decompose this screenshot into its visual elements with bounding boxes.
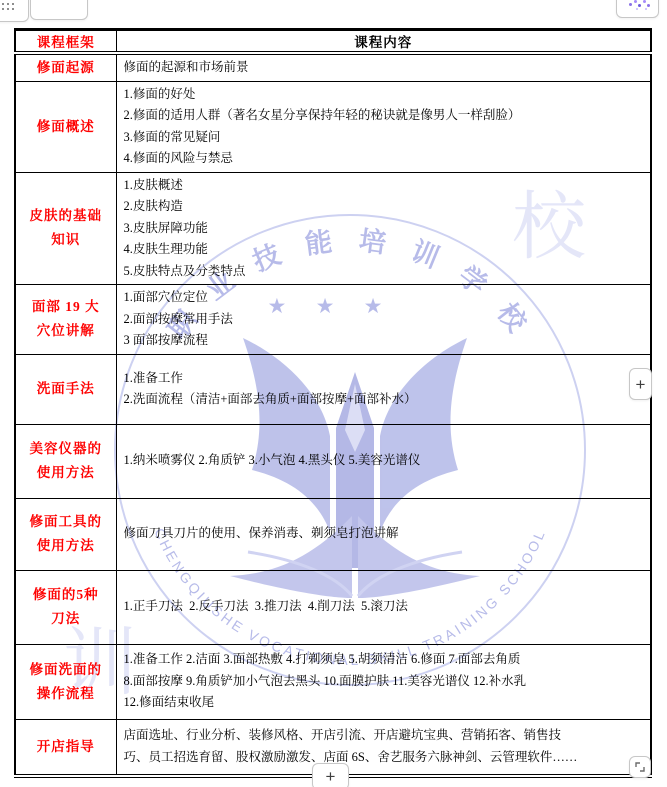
framework-label-line: 修面工具的 (16, 510, 116, 534)
course-framework-cell[interactable]: 洗面手法 (15, 354, 116, 424)
framework-label-line: 刀法 (16, 607, 116, 631)
course-framework-cell[interactable]: 修面起源 (15, 53, 116, 81)
plus-icon: + (326, 768, 336, 785)
assistant-button[interactable] (616, 0, 659, 18)
content-line: 4.皮肤生理功能 (124, 239, 644, 261)
content-line: 12.修面结束收尾 (124, 692, 644, 714)
course-framework-cell[interactable]: 修面洗面的操作流程 (15, 644, 116, 719)
document-page: 职 业 技 能 培 训 学 校 CHENGQIUSHE VOCATIONAL S… (0, 0, 667, 787)
framework-label-line: 修面起源 (16, 56, 116, 80)
table-row: 修面洗面的操作流程1.准备工作 2.洁面 3.面部热敷 4.打剃须皂 5.胡须清… (15, 644, 651, 719)
content-line: 8.面部按摩 9.角质铲加小气泡去黑头 10.面膜护肤 11.美容光谱仪 12.… (124, 671, 644, 693)
course-framework-cell[interactable]: 开店指导 (15, 719, 116, 776)
plus-icon: + (636, 376, 646, 393)
content-line: 3 面部按摩流程 (124, 330, 644, 352)
course-content-cell[interactable]: 1.正手刀法 2.反手刀法 3.推刀法 4.削刀法 5.滚刀法 (116, 570, 651, 644)
dots-grid-icon (2, 0, 14, 10)
table-row: 修面的5种刀法1.正手刀法 2.反手刀法 3.推刀法 4.削刀法 5.滚刀法 (15, 570, 651, 644)
table-row: 皮肤的基础知识1.皮肤概述2.皮肤构造3.皮肤屏障功能4.皮肤生理功能5.皮肤特… (15, 172, 651, 285)
content-line: 1.正手刀法 2.反手刀法 3.推刀法 4.削刀法 5.滚刀法 (124, 596, 644, 618)
course-content-cell[interactable]: 1.修面的好处2.修面的适用人群（著名女星分享保持年轻的秘诀就是像男人一样刮脸）… (116, 81, 651, 172)
table-row: 面部 19 大穴位讲解1.面部穴位定位2.面部按摩常用手法3 面部按摩流程 (15, 285, 651, 355)
framework-label-line: 修面洗面的 (16, 658, 116, 682)
content-line: 4.修面的风险与禁忌 (124, 148, 644, 170)
course-framework-cell[interactable]: 皮肤的基础知识 (15, 172, 116, 285)
header-course-content[interactable]: 课程内容 (116, 30, 651, 54)
toolbar-pill-button[interactable] (30, 0, 88, 20)
course-content-cell[interactable]: 店面选址、行业分析、装修风格、开店引流、开店避坑宝典、营销拓客、销售技巧、员工招… (116, 719, 651, 776)
course-framework-cell[interactable]: 修面概述 (15, 81, 116, 172)
content-line: 修面刀具刀片的使用、保养消毒、剃须皂打泡讲解 (124, 523, 644, 545)
content-line: 2.洗面流程（清洁+面部去角质+面部按摩+面部补水） (124, 389, 644, 411)
content-line: 1.面部穴位定位 (124, 287, 644, 309)
table-row: 修面起源修面的起源和市场前景 (15, 53, 651, 81)
course-content-cell[interactable]: 1.皮肤概述2.皮肤构造3.皮肤屏障功能4.皮肤生理功能5.皮肤特点及分类特点 (116, 172, 651, 285)
framework-label-line: 修面的5种 (16, 583, 116, 607)
content-line: 2.修面的适用人群（著名女星分享保持年轻的秘诀就是像男人一样刮脸） (124, 105, 644, 127)
course-framework-cell[interactable]: 修面的5种刀法 (15, 570, 116, 644)
content-line: 2.皮肤构造 (124, 196, 644, 218)
course-framework-cell[interactable]: 修面工具的使用方法 (15, 498, 116, 570)
content-line: 3.皮肤屏障功能 (124, 218, 644, 240)
framework-label-line: 穴位讲解 (16, 319, 116, 343)
course-content-cell[interactable]: 1.准备工作2.洗面流程（清洁+面部去角质+面部按摩+面部补水） (116, 354, 651, 424)
course-content-cell[interactable]: 修面的起源和市场前景 (116, 53, 651, 81)
content-line: 2.面部按摩常用手法 (124, 309, 644, 331)
framework-label-line: 操作流程 (16, 682, 116, 706)
content-line: 1.纳米喷雾仪 2.角质铲 3.小气泡 4.黑头仪 5.美容光谱仪 (124, 450, 644, 472)
table-resize-button[interactable] (629, 756, 651, 778)
content-line: 1.准备工作 2.洁面 3.面部热敷 4.打剃须皂 5.胡须清洁 6.修面 7.… (124, 649, 644, 671)
table-row: 修面概述1.修面的好处2.修面的适用人群（著名女星分享保持年轻的秘诀就是像男人一… (15, 81, 651, 172)
table-header-row: 课程框架 课程内容 (15, 30, 651, 54)
framework-label-line: 开店指导 (16, 735, 116, 759)
framework-label-line: 面部 19 大 (16, 295, 116, 319)
purple-sparkle-icon (629, 0, 651, 12)
course-content-cell[interactable]: 1.准备工作 2.洁面 3.面部热敷 4.打剃须皂 5.胡须清洁 6.修面 7.… (116, 644, 651, 719)
framework-label-line: 修面概述 (16, 115, 116, 139)
table-row: 洗面手法1.准备工作2.洗面流程（清洁+面部去角质+面部按摩+面部补水） (15, 354, 651, 424)
table-row: 修面工具的使用方法修面刀具刀片的使用、保养消毒、剃须皂打泡讲解 (15, 498, 651, 570)
content-line: 1.修面的好处 (124, 84, 644, 106)
framework-label-line: 使用方法 (16, 534, 116, 558)
course-table: 课程框架 课程内容 修面起源修面的起源和市场前景修面概述1.修面的好处2.修面的… (14, 28, 652, 778)
framework-label-line: 使用方法 (16, 461, 116, 485)
course-framework-cell[interactable]: 面部 19 大穴位讲解 (15, 285, 116, 355)
framework-label-line: 皮肤的基础 (16, 204, 116, 228)
header-course-framework[interactable]: 课程框架 (15, 30, 116, 54)
course-content-cell[interactable]: 1.面部穴位定位2.面部按摩常用手法3 面部按摩流程 (116, 285, 651, 355)
content-line: 1.皮肤概述 (124, 175, 644, 197)
content-line: 店面选址、行业分析、装修风格、开店引流、开店避坑宝典、营销拓客、销售技 (124, 725, 644, 747)
table-drag-handle[interactable] (0, 0, 29, 22)
content-line: 巧、员工招选育留、股权激励激发、店面 6S、舍艺服务六脉神剑、云管理软件…… (124, 747, 644, 769)
content-line: 3.修面的常见疑问 (124, 127, 644, 149)
framework-label-line: 美容仪器的 (16, 437, 116, 461)
framework-label-line: 洗面手法 (16, 377, 116, 401)
framework-label-line: 知识 (16, 228, 116, 252)
corner-brackets-icon (633, 760, 647, 774)
content-line: 5.皮肤特点及分类特点 (124, 261, 644, 283)
course-framework-cell[interactable]: 美容仪器的使用方法 (15, 424, 116, 498)
table-row: 美容仪器的使用方法1.纳米喷雾仪 2.角质铲 3.小气泡 4.黑头仪 5.美容光… (15, 424, 651, 498)
add-row-button[interactable]: + (312, 763, 349, 787)
add-column-button[interactable]: + (629, 368, 652, 400)
course-content-cell[interactable]: 1.纳米喷雾仪 2.角质铲 3.小气泡 4.黑头仪 5.美容光谱仪 (116, 424, 651, 498)
course-content-cell[interactable]: 修面刀具刀片的使用、保养消毒、剃须皂打泡讲解 (116, 498, 651, 570)
content-line: 修面的起源和市场前景 (124, 57, 644, 79)
content-line: 1.准备工作 (124, 368, 644, 390)
